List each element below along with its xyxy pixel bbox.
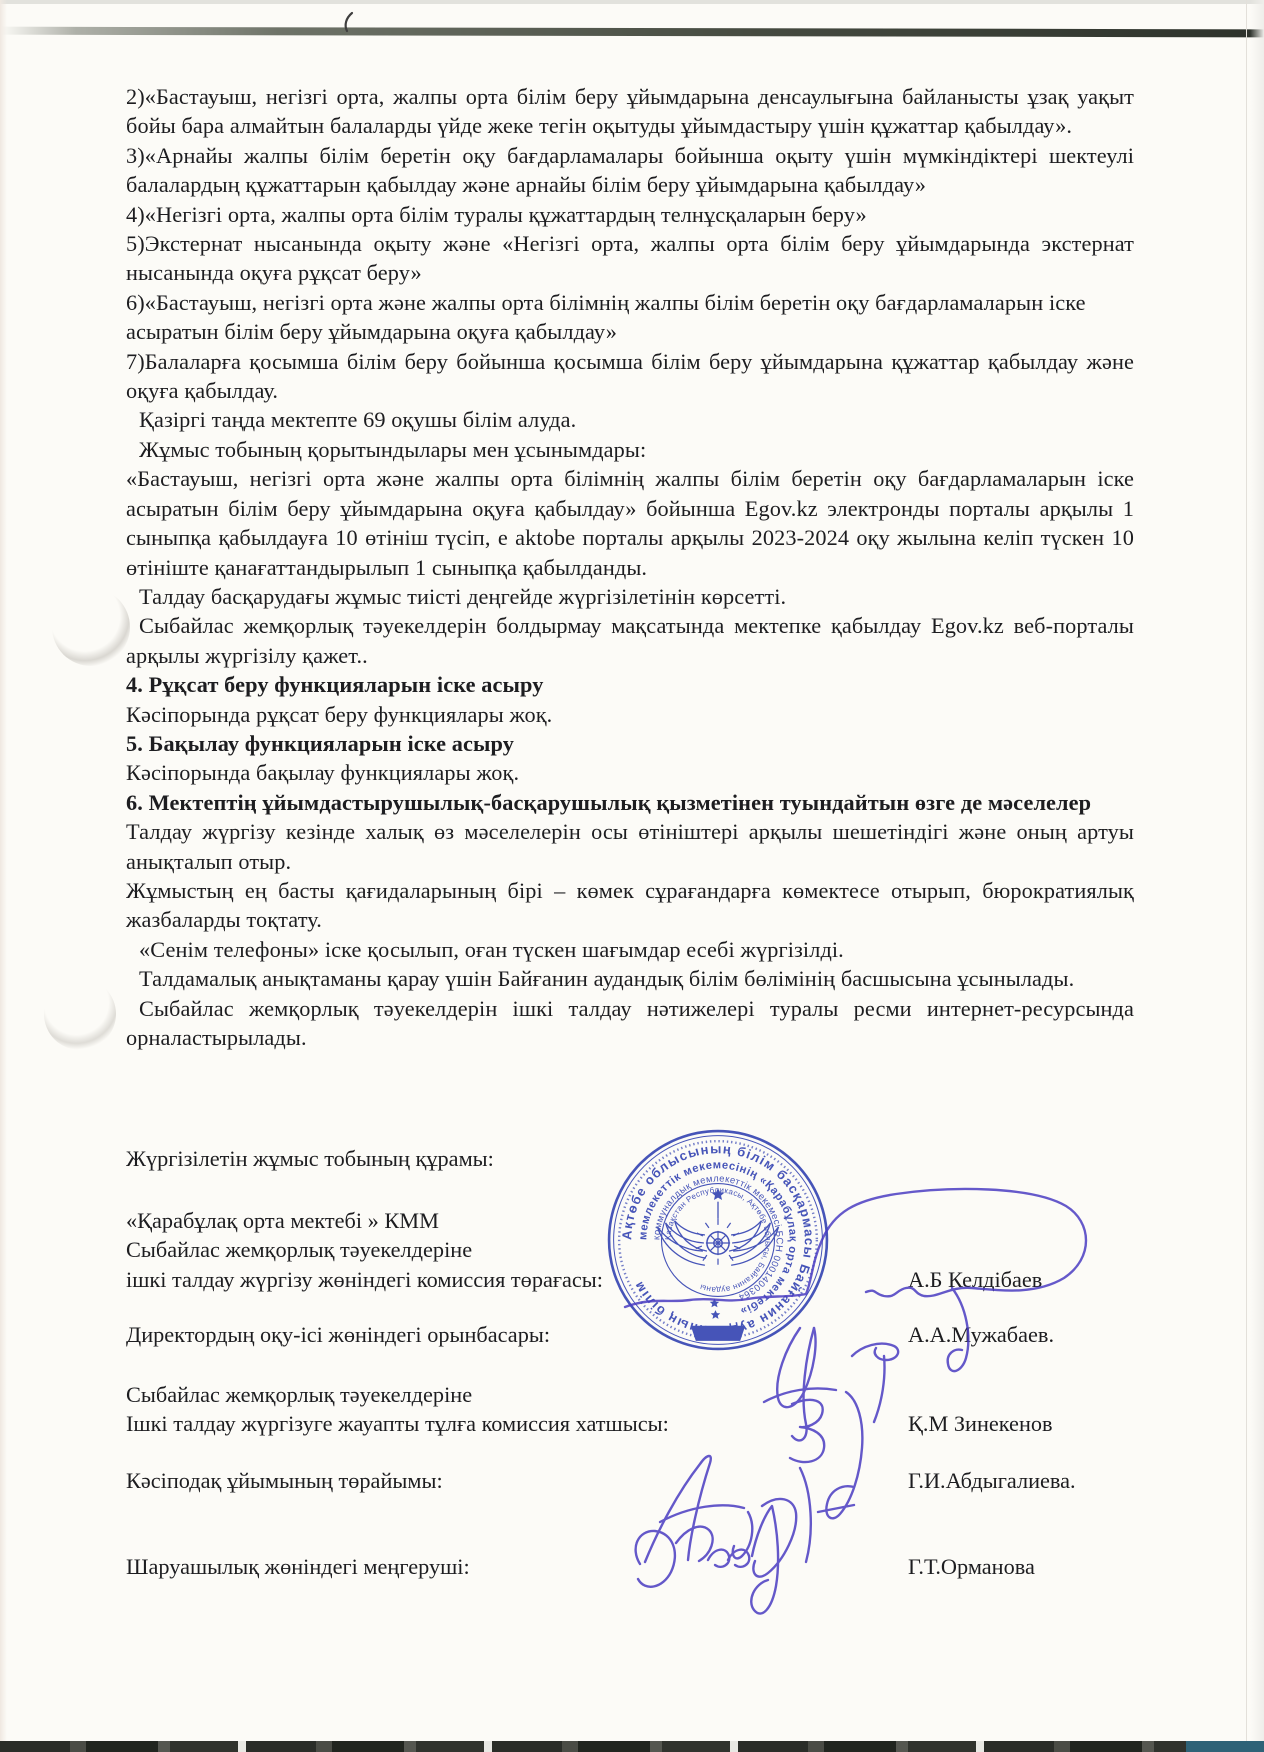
section-heading: 4. Рұқсат беру функцияларын іске асыру [126,670,1134,699]
section-heading: 6. Мектептің ұйымдастырушылық-басқарушыл… [126,788,1134,817]
paragraph: 2)«Бастауыш, негізгі орта, жалпы орта бі… [126,82,1134,141]
paper-fold-line [1246,0,1247,1752]
scan-edge-bottom-blue [1186,1741,1264,1752]
scan-shadow-strip [0,27,1264,38]
hole-punch-shadow [44,978,116,1050]
paragraph: «Сенім телефоны» іске қосылып, оған түск… [126,935,1134,964]
signature-row: Кәсіподақ ұйымының төрайымы: Г.И.Абдыгал… [126,1466,1134,1495]
paragraph: Кәсіпорында бақылау функциялары жоқ. [126,758,1134,787]
scan-edge-left [0,0,7,1752]
signature-row: Шаруашылық жөніндегі меңгеруші: Г.Т.Орма… [126,1552,1134,1581]
section-heading: 5. Бақылау функцияларын іске асыру [126,729,1134,758]
signer-name: Г.Т.Орманова [908,1552,1035,1581]
signer-name: Г.И.Абдыгалиева. [908,1466,1076,1495]
signer-name: Қ.М Зинекенов [908,1409,1053,1438]
paragraph: «Бастауыш, негізгі орта және жалпы орта … [126,464,1134,582]
signature-row: Сыбайлас жемқорлық тәуекелдеріне Ішкі та… [126,1380,1134,1439]
paragraph: Кәсіпорында рұқсат беру функциялары жоқ. [126,700,1134,729]
paragraph: Жұмыс тобының қорытындылары мен ұсынымда… [126,435,1134,464]
paragraph: Жұмыстың ең басты қағидаларының бірі – к… [126,876,1134,935]
paragraph: 6)«Бастауыш, негізгі орта және жалпы орт… [126,288,1134,347]
paragraph: 3)«Арнайы жалпы білім беретін оқу бағдар… [126,141,1134,200]
paragraph: Талдау жүргізу кезінде халық өз мәселеле… [126,817,1134,876]
paragraph: Талдау басқарудағы жұмыс тиісті деңгейде… [126,582,1134,611]
official-stamp: Ақтөбе облысының білім басқармасы Байған… [602,1124,834,1356]
paragraph: Қазіргі таңда мектепте 69 оқушы білім ал… [126,405,1134,434]
document-body: 2)«Бастауыш, негізгі орта, жалпы орта бі… [126,82,1134,1052]
signature-label-line: Сыбайлас жемқорлық тәуекелдеріне [126,1380,1134,1409]
scan-edge-right [1250,0,1264,1752]
scan-edge-top [0,0,1264,4]
hole-punch-shadow [52,588,130,666]
paragraph: 7)Балаларға қосымша білім беру бойынша қ… [126,347,1134,406]
scan-edge-bottom [0,1741,1264,1752]
scanned-page: 2)«Бастауыш, негізгі орта, жалпы орта бі… [0,0,1264,1752]
paragraph: 5)Экстернат нысанында оқыту және «Негізг… [126,229,1134,288]
paragraph: Талдамалық анықтаманы қарау үшін Байғани… [126,964,1134,993]
paragraph: 4)«Негізгі орта, жалпы орта білім туралы… [126,200,1134,229]
paragraph: Сыбайлас жемқорлық тәуекелдерін ішкі тал… [126,994,1134,1053]
signer-name: А.Б Келдібаев [908,1265,1042,1294]
paragraph: Сыбайлас жемқорлық тәуекелдерін болдырма… [126,611,1134,670]
signer-name: А.А.Мужабаев. [908,1320,1054,1349]
